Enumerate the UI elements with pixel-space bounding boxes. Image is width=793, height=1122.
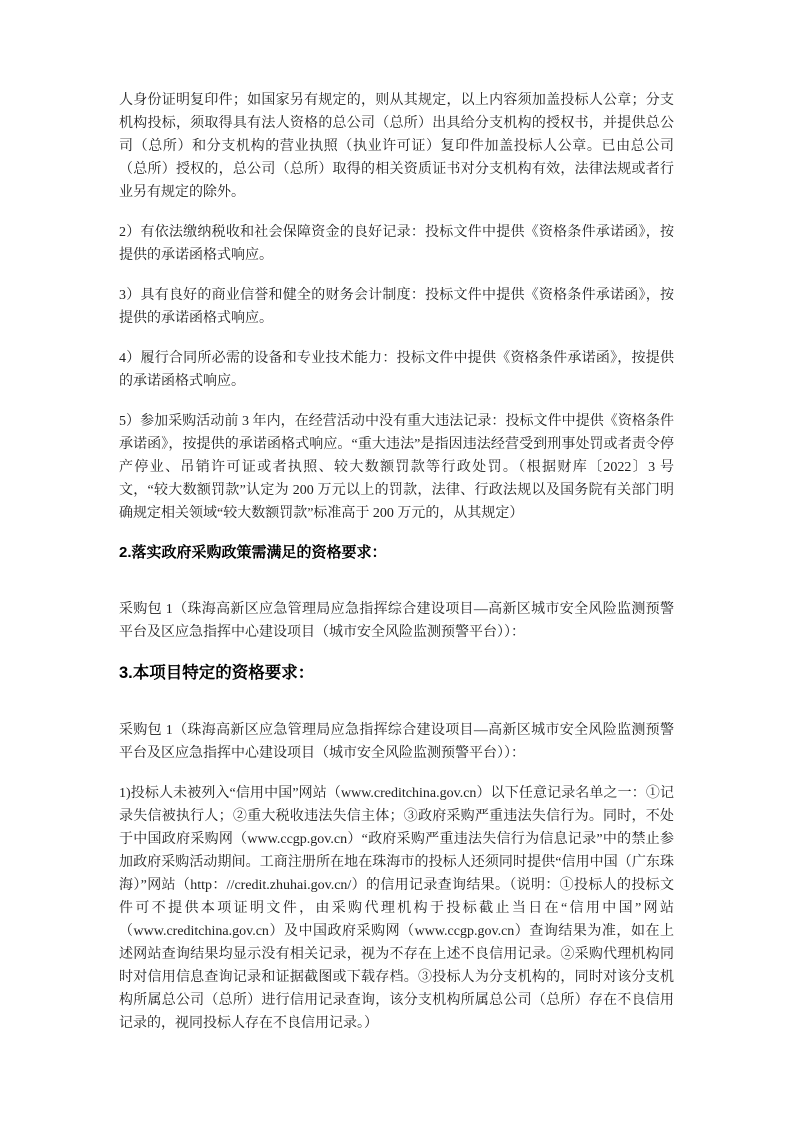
- paragraph-procurement-package1-specific: 采购包 1（珠海高新区应急管理局应急指挥综合建设项目—高新区城市安全风险监测预警…: [119, 719, 674, 765]
- paragraph-equipment-technical-capability: 4）履行合同所必需的设备和专业技术能力：投标文件中提供《资格条件承诺函》，按提供…: [119, 347, 674, 393]
- paragraph-no-major-violation-record: 5）参加采购活动前 3 年内，在经营活动中没有重大违法记录：投标文件中提供《资格…: [119, 410, 674, 525]
- paragraph-commercial-reputation-accounting: 3）具有良好的商业信誉和健全的财务会计制度：投标文件中提供《资格条件承诺函》，按…: [119, 284, 674, 330]
- paragraph-identity-branch-authorization: 人身份证明复印件；如国家另有规定的，则从其规定，以上内容须加盖投标人公章；分支机…: [119, 89, 674, 204]
- heading-project-specific-requirements: 3.本项目特定的资格要求：: [119, 661, 674, 685]
- paragraph-credit-china-record-requirement: 1)投标人未被列入“信用中国”网站（www.creditchina.gov.cn…: [119, 782, 674, 1035]
- document-page: 人身份证明复印件；如国家另有规定的，则从其规定，以上内容须加盖投标人公章；分支机…: [0, 0, 793, 1122]
- paragraph-tax-social-security-record: 2）有依法缴纳税收和社会保障资金的良好记录：投标文件中提供《资格条件承诺函》，按…: [119, 221, 674, 267]
- paragraph-procurement-package1-policy: 采购包 1（珠海高新区应急管理局应急指挥综合建设项目—高新区城市安全风险监测预警…: [119, 598, 674, 644]
- heading-procurement-policy-requirements: 2.落实政府采购政策需满足的资格要求：: [119, 542, 674, 564]
